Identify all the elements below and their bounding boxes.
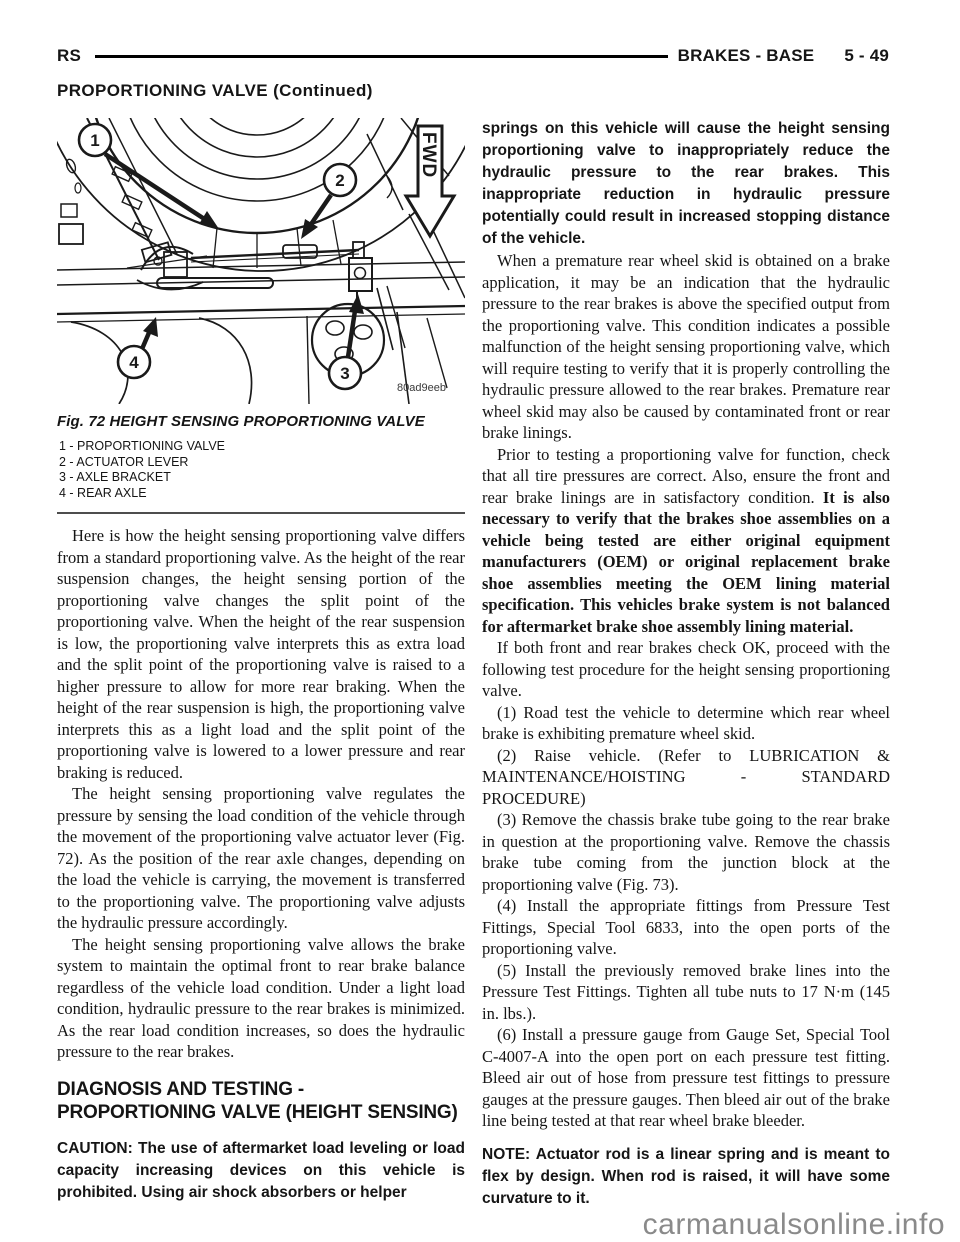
two-column-layout: FWD 1 [57,118,960,1210]
legend-item: 2 - ACTUATOR LEVER [59,455,465,471]
page-number: 5 - 49 [844,46,889,66]
left-column: FWD 1 [57,118,465,1210]
legend-item: 1 - PROPORTIONING VALVE [59,439,465,455]
figure-caption: Fig. 72 HEIGHT SENSING PROPORTIONING VAL… [57,413,465,430]
callout-1-number: 1 [90,131,99,150]
figure-code: 80ad9eeb [397,382,446,394]
step-6: (6) Install a pressure gauge from Gauge … [482,1024,890,1132]
fwd-arrow: FWD [406,126,454,236]
paragraph: When a premature rear wheel skid is obta… [482,250,890,444]
callout-2-number: 2 [335,171,344,190]
step-4: (4) Install the appropriate fittings fro… [482,895,890,960]
paragraph: The height sensing proportioning valve r… [57,783,465,934]
note-block: NOTE: Actuator rod is a linear spring an… [482,1144,890,1210]
caution-continued: springs on this vehicle will cause the h… [482,118,890,250]
section-title: BRAKES - BASE [678,46,815,66]
page-header: RS BRAKES - BASE 5 - 49 [57,46,889,66]
paragraph: The height sensing proportioning valve a… [57,934,465,1063]
caution-block: CAUTION: The use of aftermarket load lev… [57,1138,465,1204]
paragraph: Here is how the height sensing proportio… [57,525,465,783]
callout-3-number: 3 [340,364,349,383]
header-rule [95,55,668,58]
legend-divider [57,512,465,514]
paragraph: Prior to testing a proportioning valve f… [482,444,890,638]
right-column: springs on this vehicle will cause the h… [482,118,890,1210]
legend-item: 4 - REAR AXLE [59,486,465,502]
paragraph: If both front and rear brakes check OK, … [482,637,890,702]
step-2: (2) Raise vehicle. (Refer to LUBRICATION… [482,745,890,810]
callout-4: 4 [118,317,158,378]
figure-drawing: FWD 1 [57,118,465,404]
step-1: (1) Road test the vehicle to determine w… [482,702,890,745]
legend-item: 3 - AXLE BRACKET [59,470,465,486]
diagnosis-heading: DIAGNOSIS AND TESTING - PROPORTIONING VA… [57,1078,465,1125]
watermark: carmanualsonline.info [643,1208,945,1242]
callout-1: 1 [79,124,219,229]
paragraph-bold-text: It is also necessary to verify that the … [482,488,890,636]
callout-4-number: 4 [129,353,139,372]
step-3: (3) Remove the chassis brake tube going … [482,809,890,895]
continued-title: PROPORTIONING VALVE (Continued) [57,81,960,101]
callout-2: 2 [301,164,356,239]
manual-page: RS BRAKES - BASE 5 - 49 PROPORTIONING VA… [0,0,960,1210]
step-5: (5) Install the previously removed brake… [482,960,890,1025]
floor-pan [57,262,465,288]
fwd-label: FWD [418,132,439,178]
figure-72: FWD 1 [57,118,465,404]
model-code: RS [57,46,81,66]
figure-legend: 1 - PROPORTIONING VALVE 2 - ACTUATOR LEV… [57,439,465,501]
